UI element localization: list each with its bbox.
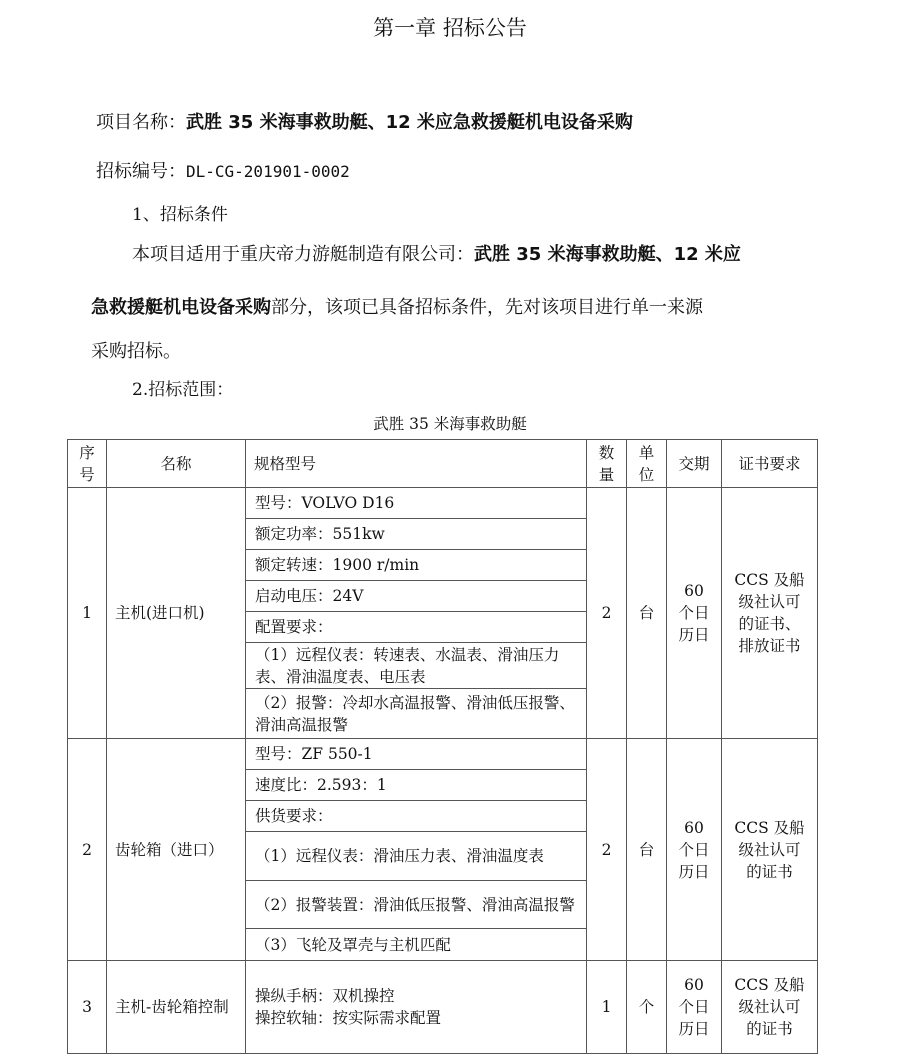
section2-heading: 2.招标范围： [132,375,233,400]
row-cert: CCS 及船级社认可的证书、排放证书 [722,488,818,739]
row-cert: CCS 及船级社认可的证书 [722,961,818,1054]
spec-item: 操纵手柄：双机操控操控软轴：按实际需求配置 [246,961,587,1054]
bid-number-label: 招标编号： [96,161,186,182]
row-seq: 3 [68,961,107,1054]
table-caption: 武胜 35 米海事救助艇 [0,412,900,434]
row-qty: 1 [587,961,627,1054]
spec-item: 供货要求： [246,801,587,832]
row-delivery: 60个日历日 [667,739,722,961]
section1-para-line2: 急救援艇机电设备采购部分，该项已具备招标条件，先对该项目进行单一来源 [91,293,703,319]
table-row: 3 主机-齿轮箱控制 操纵手柄：双机操控操控软轴：按实际需求配置 1 个 60个… [68,961,818,1054]
spec-item: （3）飞轮及罩壳与主机匹配 [246,929,587,961]
section1-para-line3: 采购招标。 [91,337,181,363]
header-seq: 序号 [68,440,107,488]
header-delivery: 交期 [667,440,722,488]
project-name: 项目名称：武胜 35 米海事救助艇、12 米应急救援艇机电设备采购 [96,108,633,134]
row-seq: 1 [68,488,107,739]
bid-number-value: DL-CG-201901-0002 [186,162,350,181]
row-delivery: 60个日历日 [667,488,722,739]
spec-item: 速度比：2.593：1 [246,770,587,801]
row-cert: CCS 及船级社认可的证书 [722,739,818,961]
header-unit: 单位 [627,440,667,488]
spec-item: 型号：ZF 550-1 [246,739,587,770]
header-qty: 数量 [587,440,627,488]
spec-item: （2）报警：冷却水高温报警、滑油低压报警、滑油高温报警 [246,689,587,739]
bid-scope-table: 序号 名称 规格型号 数量 单位 交期 证书要求 1 主机(进口机) 型号：VO… [67,439,818,1054]
bid-number: 招标编号：DL-CG-201901-0002 [96,157,350,183]
row-qty: 2 [587,739,627,961]
row-name: 主机(进口机) [107,488,246,739]
row-unit: 台 [627,488,667,739]
spec-item: 配置要求： [246,612,587,643]
row-unit: 个 [627,961,667,1054]
spec-item: 额定功率：551kw [246,519,587,550]
spec-item: （2）报警装置：滑油低压报警、滑油高温报警 [246,881,587,929]
project-name-label: 项目名称： [96,112,186,133]
row-unit: 台 [627,739,667,961]
section1-heading: 1、招标条件 [132,200,228,225]
spec-item: 型号：VOLVO D16 [246,488,587,519]
row-name: 主机-齿轮箱控制 [107,961,246,1054]
para-bold-text: 急救援艇机电设备采购 [91,297,271,318]
spec-item: 启动电压：24V [246,581,587,612]
header-cert: 证书要求 [722,440,818,488]
table-row: 1 主机(进口机) 型号：VOLVO D16 2 台 60个日历日 CCS 及船… [68,488,818,519]
row-qty: 2 [587,488,627,739]
header-name: 名称 [107,440,246,488]
row-name: 齿轮箱（进口） [107,739,246,961]
spec-item: （1）远程仪表：转速表、水温表、滑油压力表、滑油温度表、电压表 [246,643,587,689]
spec-item: 额定转速：1900 r/min [246,550,587,581]
section1-para-line1: 本项目适用于重庆帝力游艇制造有限公司：武胜 35 米海事救助艇、12 米应 [132,240,741,266]
para-text: 本项目适用于重庆帝力游艇制造有限公司： [132,244,474,265]
para-text: 部分，该项已具备招标条件，先对该项目进行单一来源 [271,297,703,318]
table-header-row: 序号 名称 规格型号 数量 单位 交期 证书要求 [68,440,818,488]
header-spec: 规格型号 [246,440,587,488]
chapter-title: 第一章 招标公告 [0,12,900,42]
spec-item: （1）远程仪表：滑油压力表、滑油温度表 [246,832,587,881]
row-seq: 2 [68,739,107,961]
row-delivery: 60个日历日 [667,961,722,1054]
table-row: 2 齿轮箱（进口） 型号：ZF 550-1 2 台 60个日历日 CCS 及船级… [68,739,818,770]
project-name-value: 武胜 35 米海事救助艇、12 米应急救援艇机电设备采购 [186,112,633,133]
para-bold-text: 武胜 35 米海事救助艇、12 米应 [474,244,741,265]
